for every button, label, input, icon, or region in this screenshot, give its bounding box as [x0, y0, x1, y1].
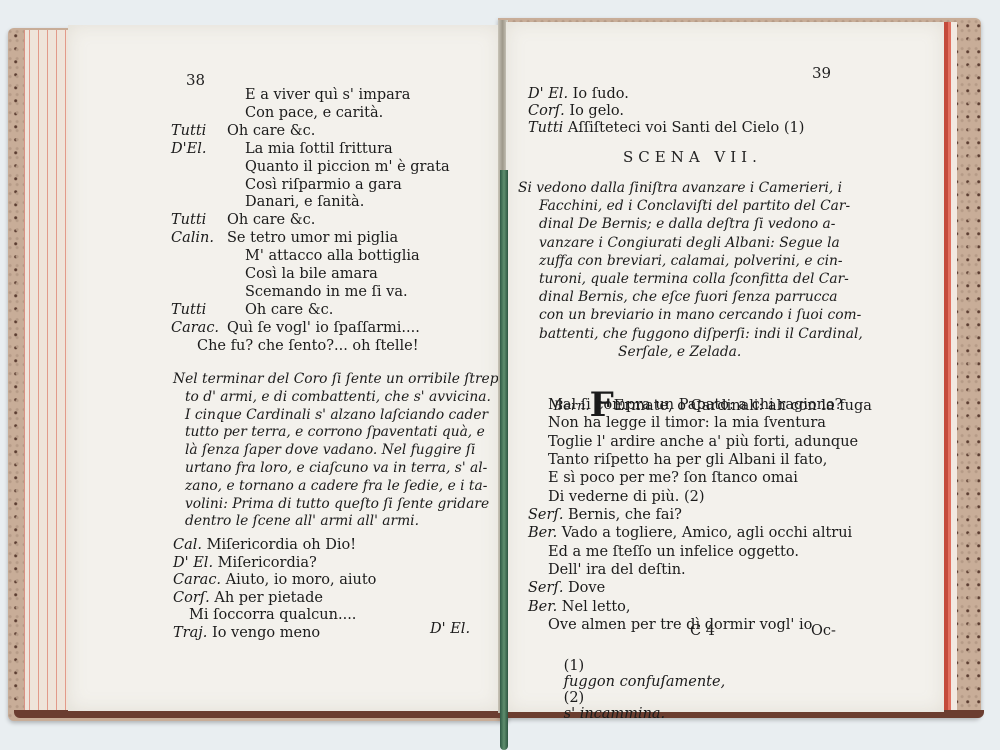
text-line: D' El. Miſericordia?	[173, 555, 317, 571]
page-number: 39	[812, 64, 831, 82]
text-line: Tutti Aſſiſteteci voi Santi del Cielo (1…	[528, 120, 804, 136]
stage-line: dinal Bernis, che eſce fuori ſenza parru…	[539, 289, 837, 306]
stage-line: Si vedono dalla ſiniſtra avanzare i Came…	[518, 180, 842, 197]
catchword: D' El.	[430, 621, 470, 637]
line-text: Vado a togliere, Amico, agli occhi altru…	[562, 525, 852, 541]
stage-line: dentro le ſcene all' armi all' armi.	[185, 513, 419, 530]
footnote-text: fuggon confuſamente,	[564, 674, 726, 690]
open-book: 38 E a viver quì s' imparaCon pace, e ca…	[0, 0, 1000, 750]
speaker-name: Calin.	[171, 230, 214, 246]
stage-line: battenti, che fuggono diſperſi: indi il …	[539, 326, 863, 343]
right-page-edges	[943, 22, 957, 712]
line-text: Io vengo meno	[212, 625, 320, 641]
line-text: Tanto riſpetto ha per gli Albani il fato…	[548, 452, 827, 468]
stage-line: turoni, quale termina colla ſconfitta de…	[539, 271, 849, 288]
speaker-name: Traj.	[173, 625, 212, 641]
text-line: Serſ. Bernis, che fai?	[528, 507, 682, 523]
line-text: Aiuto, io moro, aiuto	[226, 572, 377, 588]
stage-line: Facchini, ed i Conclaviſti del partito d…	[539, 198, 850, 215]
line-text: La mia ſottil ſrittura	[245, 141, 393, 157]
text-line: Dell' ira del deſtin.	[548, 562, 686, 578]
speaker-name: D' El.	[173, 555, 218, 571]
line-text: Danari, e ſanità.	[245, 194, 364, 210]
text-line: Corſ. Ah per pietade	[173, 590, 323, 606]
speaker-name: D' El.	[528, 86, 573, 102]
speaker-name: Tutti	[171, 212, 206, 228]
line-text: Con pace, e carità.	[245, 105, 383, 121]
line-text: Così la bile amara	[245, 266, 378, 282]
stage-line: là ſenza ſaper dove vadano. Nel fuggire …	[185, 442, 475, 459]
speaker-name: Serſ.	[528, 507, 568, 523]
line-text: Mi ſoccorra qualcun....	[189, 607, 356, 623]
speaker-name: D'El.	[171, 141, 206, 157]
speaker-name: Ber.	[528, 599, 562, 615]
stage-line: con un breviario in mano cercando i ſuoi…	[539, 307, 861, 324]
line-text: Ove almen per tre dì dormir vogl' io	[548, 617, 812, 633]
text-line: D' El. Io ſudo.	[528, 86, 629, 102]
text-line: Ber. Nel letto,	[528, 599, 631, 615]
speaker-name: Tutti	[528, 120, 568, 136]
line-text: E a viver quì s' impara	[245, 87, 410, 103]
speaker-name: Carac.	[171, 320, 219, 336]
text-line: Ove almen per tre dì dormir vogl' io	[548, 617, 812, 633]
line-text: Oh care &c.	[227, 212, 315, 228]
line-text: M' attacco alla bottiglia	[245, 248, 420, 264]
page-number: 38	[186, 71, 205, 89]
left-page-edges	[24, 30, 71, 713]
line-text: Non ha legge il timor: la mia ſventura	[548, 415, 826, 431]
signature-mark: C 4	[690, 623, 715, 639]
line-text: Io ſudo.	[573, 86, 629, 102]
speaker-name: Corſ.	[173, 590, 214, 606]
stage-line: dinal De Bernis; e dalla deſtra ſi vedon…	[539, 216, 835, 233]
line-text: Dove	[568, 580, 605, 596]
text-line: Ber. Vado a togliere, Amico, agli occhi …	[528, 525, 852, 541]
speaker-name: Cal.	[173, 537, 207, 553]
stage-line: I cinque Cardinali s' alzano laſciando c…	[185, 407, 488, 424]
text-line: Cal. Miſericordia oh Dio!	[173, 537, 356, 553]
speaker-name: Serſ.	[528, 580, 568, 596]
line-text: Aſſiſteteci voi Santi del Cielo (1)	[568, 120, 805, 136]
scene-title: SCENA VII.	[623, 148, 762, 166]
line-text: Ed a me ſteſſo un infelice oggetto.	[548, 544, 799, 560]
catchword: Oc-	[811, 623, 836, 639]
line-text: Oh care &c.	[245, 302, 333, 318]
line-text: Così riſparmio a gara	[245, 177, 402, 193]
line-text: Miſericordia?	[218, 555, 317, 571]
line-text: Oh care &c.	[227, 123, 315, 139]
stage-line: zano, e tornano a cadere fra le ſedie, e…	[185, 478, 487, 495]
line-text: Toglie l' ardire anche a' più forti, adu…	[548, 434, 858, 450]
footnote-marker: (2)	[564, 690, 585, 706]
bookmark-ribbon[interactable]	[500, 170, 508, 750]
text-line: Ed a me ſteſſo un infelice oggetto.	[548, 544, 799, 560]
line-text: Nel letto,	[562, 599, 631, 615]
footnote-marker: (1)	[564, 658, 585, 674]
stage-line: vanzare i Congiurati degli Albani: Segue…	[539, 235, 840, 252]
footnote-text: s' incammina.	[564, 706, 666, 722]
line-text: Quì ſe vogl' io ſpaſſarmi....	[227, 320, 420, 336]
text-line: Carac. Aiuto, io moro, aiuto	[173, 572, 376, 588]
stage-line: tutto per terra, e corrono ſpaventati qu…	[185, 424, 485, 441]
text-line: Serſ. Dove	[528, 580, 605, 596]
speaker-name: Tutti	[171, 302, 206, 318]
line-text: Mal ſi compra un Papato: a chi ragiono?	[548, 397, 842, 413]
speaker-name: Ber.	[528, 525, 562, 541]
stage-line: Nel terminar del Coro ſi ſente un orribi…	[173, 371, 508, 388]
stage-line: zuffa con breviari, calamai, polverini, …	[539, 253, 843, 270]
text-line: Traj. Io vengo meno	[173, 625, 320, 641]
line-text: Io gelo.	[569, 103, 624, 119]
line-text: Che fu? che ſento?... oh ſtelle!	[197, 338, 419, 354]
stage-line: urtano fra loro, e ciaſcuno va in terra,…	[185, 460, 487, 477]
line-text: Ah per pietade	[214, 590, 323, 606]
line-text: Scemando in me ſi va.	[245, 284, 408, 300]
footnotes: (1) fuggon confuſamente, (2) s' incammin…	[536, 642, 725, 738]
speaker-name: Corſ.	[528, 103, 569, 119]
line-text: Bernis, che fai?	[568, 507, 682, 523]
line-text: Quanto il piccion m' è grata	[245, 159, 450, 175]
text-line: Corſ. Io gelo.	[528, 103, 624, 119]
line-text: Miſericordia oh Dio!	[207, 537, 356, 553]
line-text: Di vederne di più. (2)	[548, 489, 705, 505]
speaker-name: Carac.	[173, 572, 226, 588]
stage-line: Serſale, e Zelada.	[618, 344, 741, 361]
line-text: E sì poco per me? ſon ſtanco omai	[548, 470, 798, 486]
line-text: Se tetro umor mi piglia	[227, 230, 398, 246]
line-text: Dell' ira del deſtin.	[548, 562, 686, 578]
right-page: 39 D' El. Io ſudo.Corſ. Io gelo.Tutti Aſ…	[506, 22, 944, 712]
stage-line: volini: Prima di tutto queſto ſi ſente g…	[185, 496, 489, 513]
left-page: 38 E a viver quì s' imparaCon pace, e ca…	[68, 25, 500, 711]
speaker-name: Tutti	[171, 123, 206, 139]
text-line: Mi ſoccorra qualcun....	[189, 607, 356, 623]
stage-line: to d' armi, e di combattenti, che s' avv…	[185, 389, 491, 406]
